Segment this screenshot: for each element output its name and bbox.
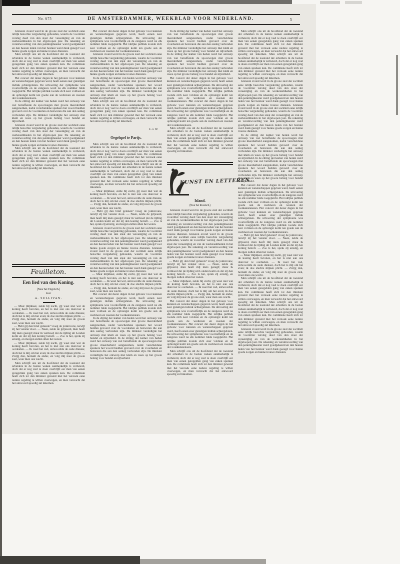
feuilleton-text-block: — Maar mijnheer, zeide hij zacht, gij we… (12, 305, 85, 401)
feuilleton-top-rule (12, 264, 85, 267)
illegible-paragraph: Men schrijft ons uit de hoofdstad dat de… (238, 30, 303, 80)
illegible-paragraph: — Maar mijnheer, zeide hij zacht, gij we… (238, 254, 303, 277)
illegible-paragraph: In de zitting der kamer van heden werd h… (90, 77, 162, 100)
scan-edge-right (396, 55, 398, 115)
body-text-block: In de zitting der kamer van heden werd h… (167, 30, 233, 160)
newspaper-scan: No. 675 DE AMSTERDAMMER, WEEKBLAD VOOR N… (0, 0, 400, 564)
article-title-island: Island. (167, 199, 233, 203)
illegible-paragraph: — Hebt gij den brief gelezen? vroeg de j… (90, 210, 162, 227)
body-text-block: Men schrijft ons uit de hoofdstad dat de… (90, 143, 162, 405)
kunst-letteren-header: KUNST EN LETTEREN (167, 167, 233, 197)
illegible-paragraph: Men schrijft ons uit de hoofdstad dat de… (238, 277, 303, 327)
masthead-bar: No. 675 DE AMSTERDAMMER, WEEKBLAD VOOR N… (12, 14, 300, 25)
illegible-paragraph: Men schrijft ons uit de hoofdstad dat de… (12, 53, 85, 76)
feuilleton-divider-rule (12, 277, 85, 278)
scan-smudge (320, 1, 340, 4)
scan-edge-top (0, 0, 292, 4)
illegible-paragraph: Gisteren avond werd in de groote zaal de… (12, 124, 85, 147)
illegible-paragraph: Het concert dat dezer dagen in het gebou… (167, 300, 233, 350)
illegible-paragraph: — Maar mijnheer, zeide hij zacht, gij we… (12, 305, 85, 325)
illegible-paragraph: In de zitting der kamer van heden werd h… (167, 30, 233, 77)
illegible-paragraph: Het concert dat dezer dagen in het gebou… (12, 77, 85, 100)
illegible-paragraph: Gisteren avond werd in de groote zaal de… (167, 209, 233, 259)
illegible-paragraph: Gisteren avond werd in de groote zaal de… (90, 227, 162, 274)
feuilleton-byline-prefix: door (12, 292, 85, 295)
scan-edge-bottom-light (140, 559, 266, 564)
kunst-letteren-title: KUNST EN LETTEREN (180, 178, 234, 186)
body-text-block: Het concert dat dezer dagen in het gebou… (90, 30, 162, 126)
feuilleton-subtitle: (Naar het Engelsch.) (12, 288, 85, 291)
illegible-paragraph: Men schrijft ons uit de hoofdstad dat de… (167, 350, 233, 377)
illegible-paragraph: In de zitting der kamer van heden werd h… (238, 134, 303, 184)
masthead-title: DE AMSTERDAMMER, WEEKBLAD VOOR NEDERLAND… (88, 17, 254, 22)
illegible-paragraph: Gisteren avond werd in de groote zaal de… (12, 30, 85, 53)
feuilleton-author: A. SULLIVAN. (12, 296, 85, 300)
column-2: Het concert dat dezer dagen in het gebou… (90, 30, 162, 414)
illegible-paragraph: Gisteren avond werd in de groote zaal de… (238, 80, 303, 134)
column-1: Gisteren avond werd in de groote zaal de… (12, 30, 85, 412)
scan-edge-left (0, 0, 2, 560)
feuilleton-short-rule (43, 302, 55, 303)
illegible-paragraph: — Maar mijnheer, zeide hij zacht, gij we… (90, 273, 162, 293)
body-text-block: Gisteren avond werd in de groote zaal de… (167, 209, 233, 391)
column-4: Men schrijft ons uit de hoofdstad dat de… (238, 30, 303, 414)
illegible-paragraph: — Hebt gij den brief gelezen? vroeg de j… (12, 325, 85, 342)
issue-number: No. 675 (38, 17, 52, 21)
illegible-paragraph: Het concert dat dezer dagen in het gebou… (90, 293, 162, 316)
feuilleton-title: Een lied van den Koning. (12, 281, 85, 286)
page-number: 5 (290, 17, 292, 22)
illegible-paragraph: — Hebt gij den brief gelezen? vroeg de j… (238, 234, 303, 254)
illegible-paragraph: Gisteren avond werd in de groote zaal de… (90, 53, 162, 76)
illegible-paragraph: Men schrijft ons uit de hoofdstad dat de… (12, 147, 85, 170)
illegible-paragraph: — Hebt gij den brief gelezen? vroeg de j… (167, 260, 233, 280)
illegible-paragraph: Gisteren avond werd in de groote zaal de… (238, 328, 303, 355)
illegible-paragraph: — Maar mijnheer, zeide hij zacht, gij we… (167, 280, 233, 300)
kunst-section-rule (167, 162, 233, 165)
body-text-block: Gisteren avond werd in de groote zaal de… (12, 30, 85, 252)
body-text-block: Men schrijft ons uit de hoofdstad dat de… (238, 30, 303, 414)
illegible-paragraph: In de zitting der kamer van heden werd h… (12, 100, 85, 123)
scan-edge-top-left (0, 0, 30, 6)
illegible-paragraph: Het concert dat dezer dagen in het gebou… (167, 77, 233, 127)
feuilleton-section-label: Feuilleton. (12, 268, 85, 276)
column-3: In de zitting der kamer van heden werd h… (167, 30, 233, 407)
illegible-paragraph: Het concert dat dezer dagen in het gebou… (90, 30, 162, 53)
illegible-paragraph: — Maar mijnheer, zeide hij zacht, gij we… (12, 342, 85, 362)
illegible-paragraph: Men schrijft ons uit de hoofdstad dat de… (90, 143, 162, 190)
illegible-paragraph: Men schrijft ons uit de hoofdstad dat de… (12, 362, 85, 385)
illegible-paragraph: Men schrijft ons uit de hoofdstad dat de… (90, 100, 162, 123)
illegible-paragraph: Het concert dat dezer dagen in het gebou… (238, 184, 303, 234)
illegible-paragraph: Men schrijft ons uit de hoofdstad dat de… (167, 127, 233, 154)
illegible-paragraph: — Maar mijnheer, zeide hij zacht, gij we… (90, 190, 162, 210)
scan-edge-bottom-dark (0, 556, 140, 564)
illegible-paragraph: In de zitting der kamer van heden werd h… (90, 317, 162, 360)
correspondent-signature: L. v. W. (90, 127, 162, 131)
scan-smudge (345, 1, 362, 4)
